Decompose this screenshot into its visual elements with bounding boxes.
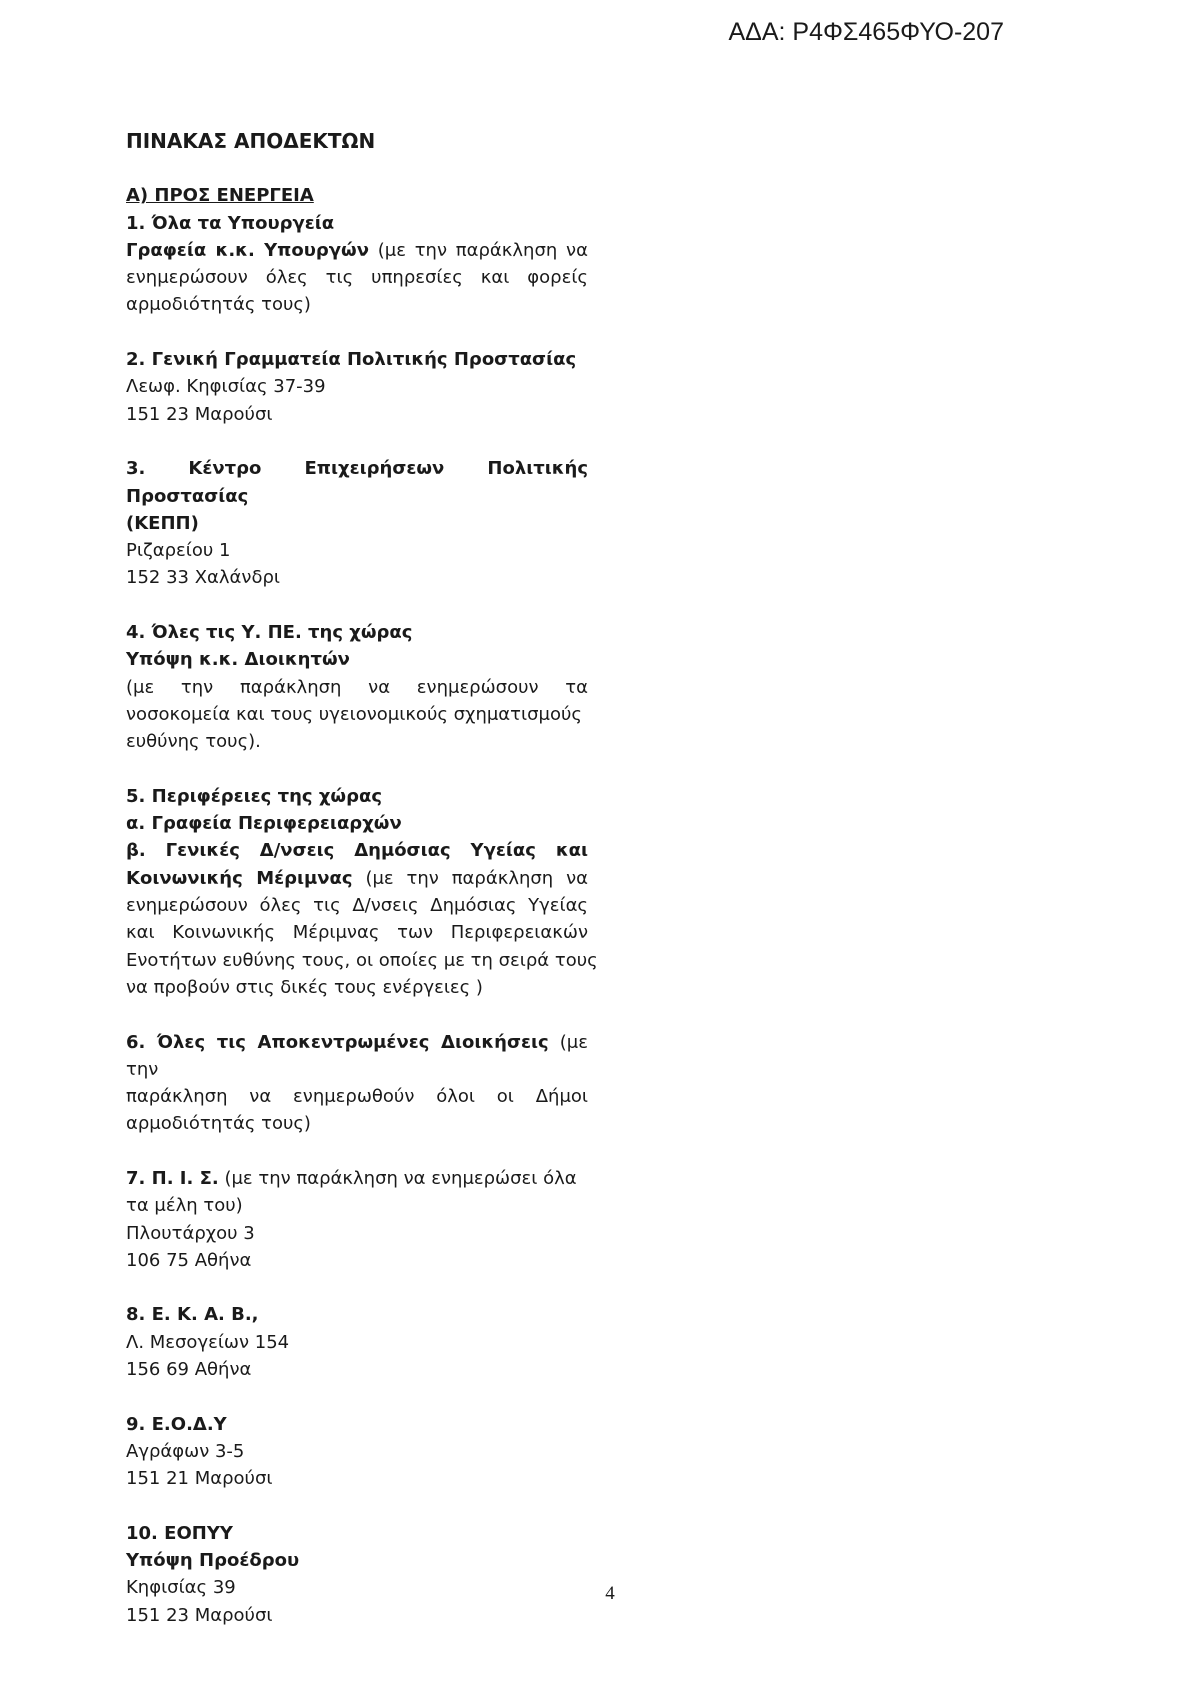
entry-text-rest: (με την παράκληση να — [369, 240, 588, 261]
entry-subheading: Υπόψη Προέδρου — [126, 1547, 588, 1574]
ada-identifier: ΑΔΑ: Ρ4ΦΣ465ΦΥΟ-207 — [728, 18, 1004, 47]
section-heading: Α) ΠΡΟΣ ΕΝΕΡΓΕΙΑ — [126, 182, 588, 209]
entry-heading: 3. Κέντρο Επιχειρήσεων Πολιτικής Προστασ… — [126, 455, 588, 510]
entry-3: 3. Κέντρο Επιχειρήσεων Πολιτικής Προστασ… — [126, 455, 588, 591]
entry-text-rest: (με την παράκληση να ενημερώσει όλα — [219, 1168, 577, 1189]
recipients-list: ΠΙΝΑΚΑΣ ΑΠΟΔΕΚΤΩΝ Α) ΠΡΟΣ ΕΝΕΡΓΕΙΑ 1. Όλ… — [126, 128, 588, 1656]
entry-7: 7. Π. Ι. Σ. (με την παράκληση να ενημερώ… — [126, 1165, 588, 1274]
entry-8: 8. Ε. Κ. Α. Β., Λ. Μεσογείων 154 156 69 … — [126, 1301, 588, 1383]
address-street: Πλουτάρχου 3 — [126, 1220, 588, 1247]
entry-heading: 2. Γενική Γραμματεία Πολιτικής Προστασία… — [126, 346, 588, 373]
entry-heading: 9. Ε.Ο.Δ.Υ — [126, 1411, 588, 1438]
entry-heading: 7. Π. Ι. Σ. — [126, 1168, 219, 1189]
entry-heading-cont: (ΚΕΠΠ) — [126, 510, 588, 537]
entry-1: Α) ΠΡΟΣ ΕΝΕΡΓΕΙΑ 1. Όλα τα Υπουργεία Γρα… — [126, 182, 588, 318]
entry-subheading-a: α. Γραφεία Περιφερειαρχών — [126, 810, 588, 837]
entry-text: τα μέλη του) — [126, 1192, 588, 1219]
entry-heading: 4. Όλες τις Υ. ΠΕ. της χώρας — [126, 619, 588, 646]
entry-bold-text: Γραφεία κ.κ. Υπουργών — [126, 240, 369, 261]
entry-5: 5. Περιφέρειες της χώρας α. Γραφεία Περι… — [126, 783, 588, 1001]
entry-text: Ενοτήτων ευθύνης τους, οι οποίες με τη σ… — [126, 947, 588, 974]
address-city: 151 23 Μαρούσι — [126, 401, 588, 428]
page-number: 4 — [0, 1583, 1200, 1605]
entry-heading: 1. Όλα τα Υπουργεία — [126, 210, 588, 237]
entry-2: 2. Γενική Γραμματεία Πολιτικής Προστασία… — [126, 346, 588, 428]
entry-9: 9. Ε.Ο.Δ.Υ Αγράφων 3-5 151 21 Μαρούσι — [126, 1411, 588, 1493]
entry-subheading-b: β. Γενικές Δ/νσεις Δημόσιας Υγείας και — [126, 837, 588, 864]
address-street: Λεωφ. Κηφισίας 37-39 — [126, 373, 588, 400]
entry-text: Κοινωνικής Μέριμνας (με την παράκληση να — [126, 865, 588, 892]
address-city: 156 69 Αθήνα — [126, 1356, 588, 1383]
entry-text: Γραφεία κ.κ. Υπουργών (με την παράκληση … — [126, 237, 588, 264]
entry-heading: 10. ΕΟΠΥΥ — [126, 1520, 588, 1547]
entry-text: αρμοδιότητάς τους) — [126, 1110, 588, 1137]
address-city: 151 23 Μαρούσι — [126, 1602, 588, 1629]
entry-text: αρμοδιότητάς τους) — [126, 291, 588, 318]
entry-text: ενημερώσουν όλες τις Δ/νσεις Δημόσιας Υγ… — [126, 892, 588, 919]
address-city: 152 33 Χαλάνδρι — [126, 564, 588, 591]
address-city: 151 21 Μαρούσι — [126, 1465, 588, 1492]
entry-text-rest: (με την παράκληση να — [353, 868, 588, 889]
address-street: Αγράφων 3-5 — [126, 1438, 588, 1465]
entry-10: 10. ΕΟΠΥΥ Υπόψη Προέδρου Κηφισίας 39 151… — [126, 1520, 588, 1629]
entry-text: 7. Π. Ι. Σ. (με την παράκληση να ενημερώ… — [126, 1165, 588, 1192]
entry-subheading: Υπόψη κ.κ. Διοικητών — [126, 646, 588, 673]
entry-6: 6. Όλες τις Αποκεντρωμένες Διοικήσεις (μ… — [126, 1029, 588, 1138]
address-city: 106 75 Αθήνα — [126, 1247, 588, 1274]
entry-4: 4. Όλες τις Υ. ΠΕ. της χώρας Υπόψη κ.κ. … — [126, 619, 588, 755]
entry-heading: 6. Όλες τις Αποκεντρωμένες Διοικήσεις — [126, 1032, 549, 1053]
entry-text: νοσοκομεία και τους υγειονομικούς σχηματ… — [126, 701, 588, 728]
entry-bold-text: Κοινωνικής Μέριμνας — [126, 868, 353, 889]
entry-text: ευθύνης τους). — [126, 728, 588, 755]
address-street: Λ. Μεσογείων 154 — [126, 1329, 588, 1356]
entry-text: και Κοινωνικής Μέριμνας των Περιφερειακώ… — [126, 919, 588, 946]
entry-text: 6. Όλες τις Αποκεντρωμένες Διοικήσεις (μ… — [126, 1029, 588, 1084]
address-street: Ριζαρείου 1 — [126, 537, 588, 564]
entry-text: ενημερώσουν όλες τις υπηρεσίες και φορεί… — [126, 264, 588, 291]
entry-text: παράκληση να ενημερωθούν όλοι οι Δήμοι — [126, 1083, 588, 1110]
entry-text: να προβούν στις δικές τους ενέργειες ) — [126, 974, 588, 1001]
entry-heading: 8. Ε. Κ. Α. Β., — [126, 1301, 588, 1328]
entry-heading: 5. Περιφέρειες της χώρας — [126, 783, 588, 810]
entry-text: (με την παράκληση να ενημερώσουν τα — [126, 674, 588, 701]
page-title: ΠΙΝΑΚΑΣ ΑΠΟΔΕΚΤΩΝ — [126, 128, 588, 155]
